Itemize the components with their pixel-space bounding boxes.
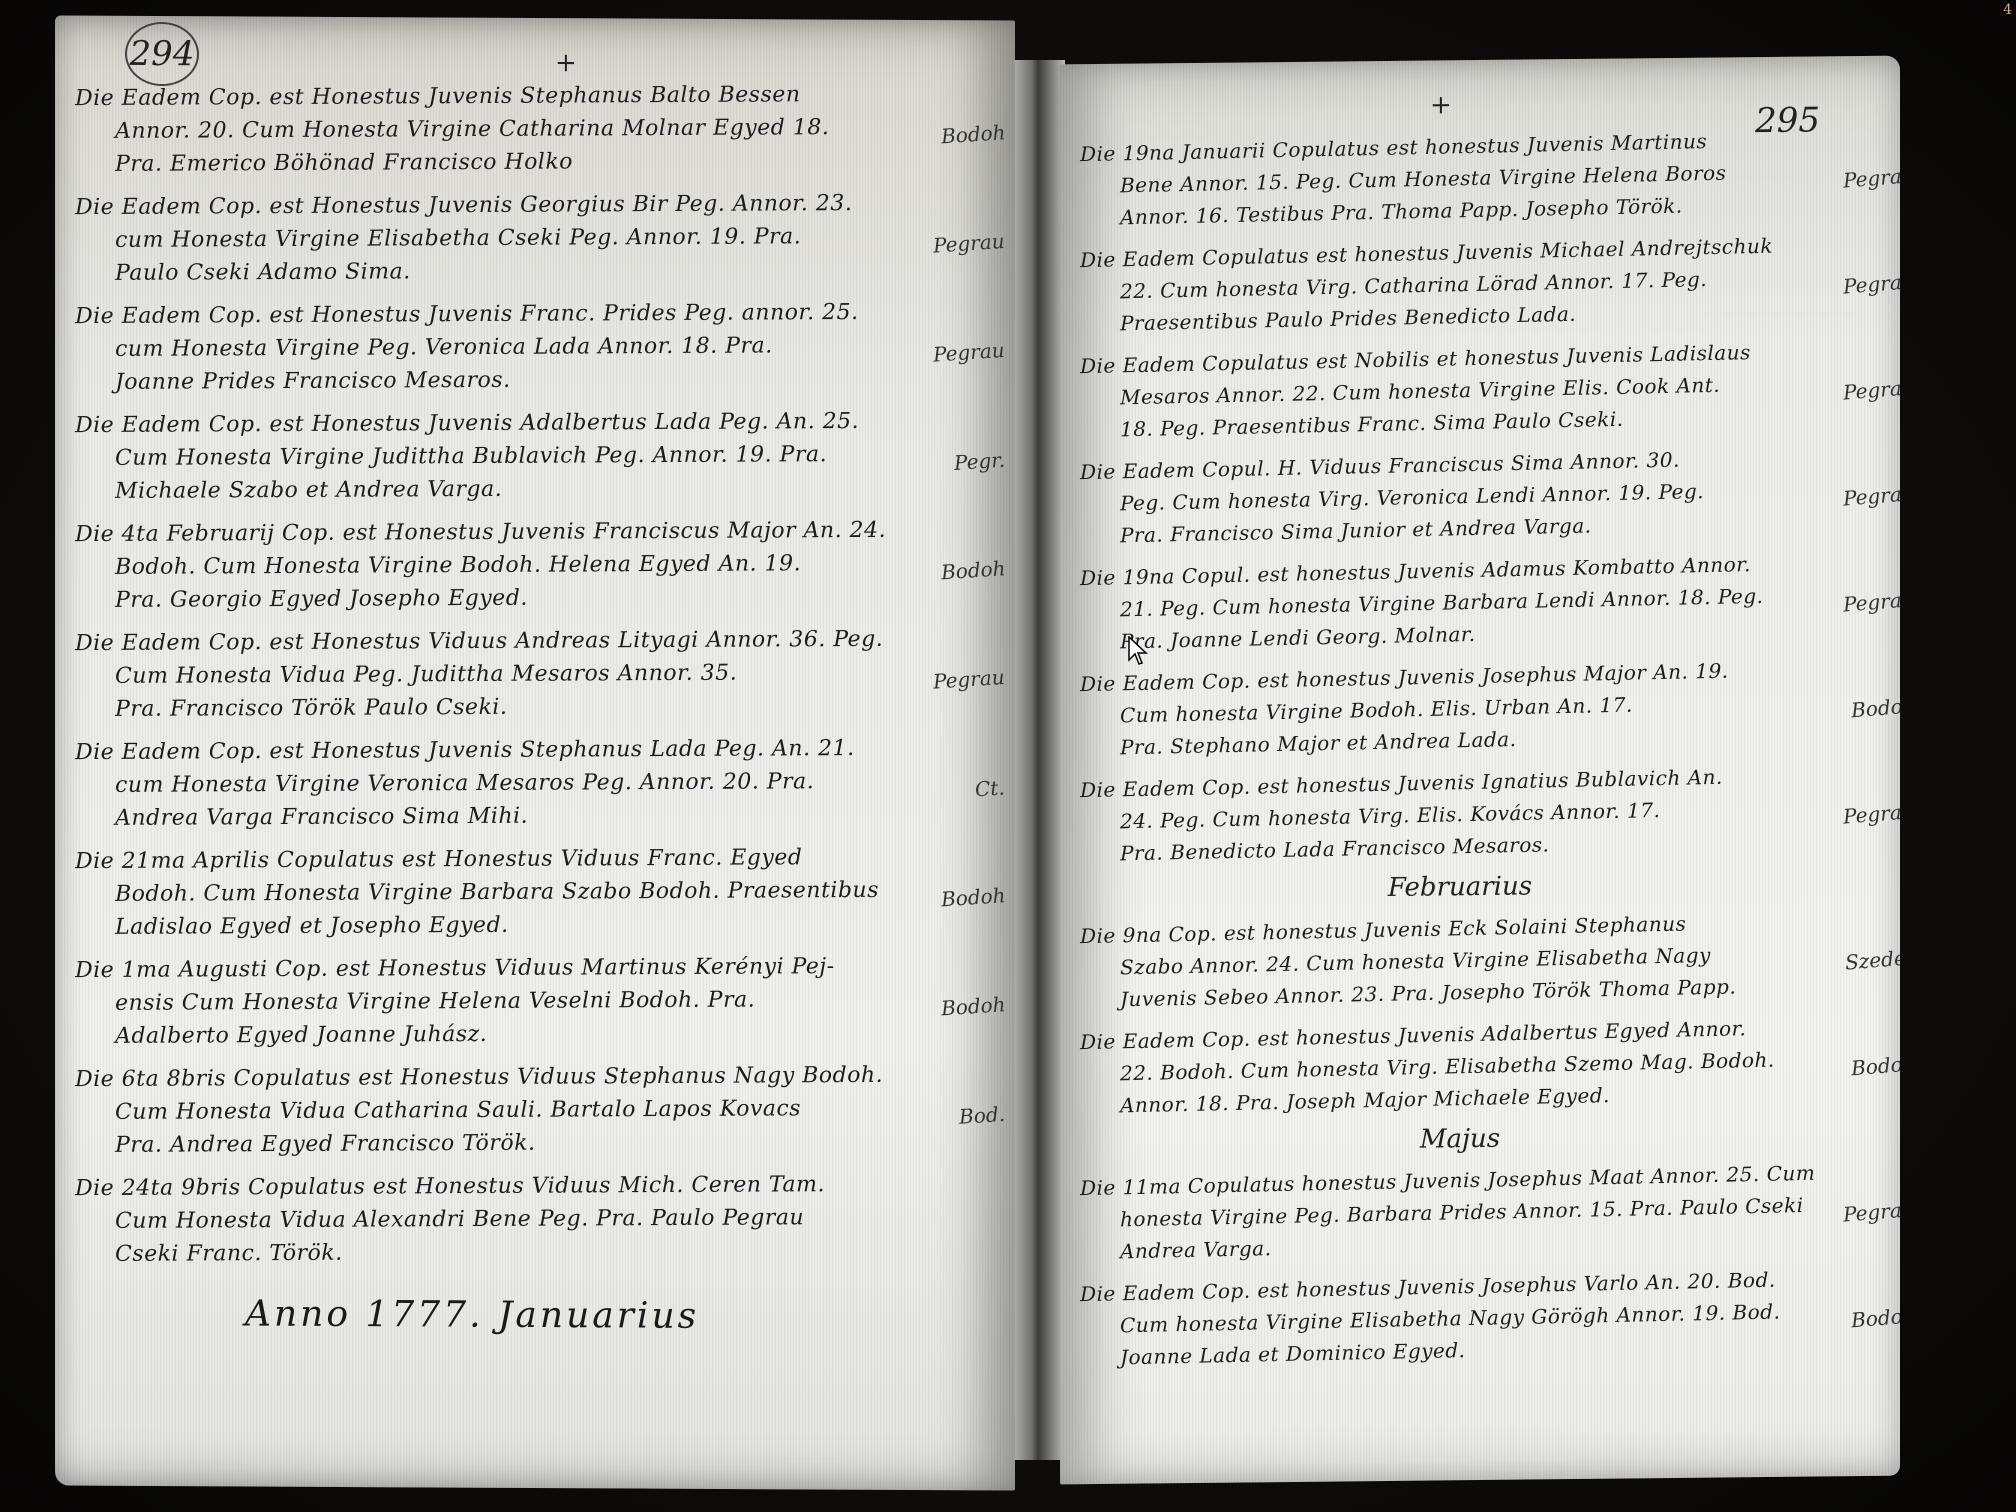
entry-line: Bodoh. Cum Honesta Virgine Bodoh. Helena… — [75, 547, 935, 585]
margin-village-note: Bod. — [958, 1102, 1005, 1129]
register-entry: Die 19na Copul. est honestus Juvenis Ada… — [1080, 550, 1840, 654]
register-entry: Die Eadem Cop. est honestus Juvenis Jose… — [1080, 1266, 1840, 1370]
margin-village-note: Pegrau — [1843, 481, 1900, 511]
entry-line: Bodoh. Cum Honesta Virgine Barbara Szabo… — [75, 874, 935, 912]
register-entry: Die 11ma Copulatus honestus Juvenis Jose… — [1080, 1160, 1840, 1264]
entry-line: Die Eadem Cop. est Honestus Viduus Andre… — [75, 623, 935, 661]
entry-line: Pra. Francisco Török Paulo Cseki. — [75, 689, 935, 727]
margin-village-note: Pegrau — [933, 338, 1006, 367]
register-page-right: 295 + Die 19na Januarii Copulatus est ho… — [1060, 56, 1900, 1485]
cross-mark-left: + — [555, 48, 577, 78]
register-entry: Die Eadem Cop. est Honestus Juvenis Step… — [75, 78, 935, 182]
entry-line: Die Eadem Cop. est Honestus Juvenis Adal… — [75, 405, 935, 443]
entry-line: Die Eadem Cop. est Honestus Juvenis Geor… — [75, 187, 935, 225]
margin-village-note: Szeder — [1844, 945, 1900, 975]
register-entry: Die Eadem Cop. est Honestus Juvenis Geor… — [75, 187, 935, 291]
entry-line: Pra. Andrea Egyed Francisco Török. — [75, 1125, 935, 1163]
entry-line: cum Honesta Virgine Veronica Mesaros Peg… — [75, 765, 935, 803]
margin-village-note: Pegrau — [933, 665, 1006, 694]
year-heading: Anno 1777. Januarius — [245, 1293, 935, 1338]
register-entry: Die Eadem Cop. est Honestus Juvenis Adal… — [75, 405, 935, 509]
entry-line: Andrea Varga Francisco Sima Mihi. — [75, 798, 935, 836]
margin-village-note: Bodoh — [1850, 693, 1900, 722]
register-entry: Die Eadem Cop. est Honestus Viduus Andre… — [75, 623, 935, 727]
margin-village-note: Pegrau — [1843, 163, 1900, 193]
entry-line: Cseki Franc. Török. — [75, 1234, 935, 1272]
entry-line: cum Honesta Virgine Peg. Veronica Lada A… — [75, 329, 935, 367]
register-entry: Die Eadem Copul. H. Viduus Franciscus Si… — [1080, 444, 1840, 548]
register-entry: Die 19na Januarii Copulatus est honestus… — [1080, 126, 1840, 230]
margin-village-note: Bodoh — [1850, 1051, 1900, 1080]
entry-line: Annor. 20. Cum Honesta Virgine Catharina… — [75, 111, 935, 149]
margin-village-note: Pegrau — [1843, 375, 1900, 405]
entry-line: Ladislao Egyed et Josepho Egyed. — [75, 907, 935, 945]
entry-line: Cum Honesta Vidua Alexandri Bene Peg. Pr… — [75, 1201, 935, 1239]
folio-number-left: 294 — [125, 22, 199, 86]
mouse-cursor-icon — [1128, 636, 1150, 668]
margin-village-note: Bodoh — [940, 120, 1006, 148]
entry-line: Die 24ta 9bris Copulatus est Honestus Vi… — [75, 1168, 935, 1206]
register-entry: Die Eadem Cop. est Honestus Juvenis Step… — [75, 732, 935, 836]
register-entry: Die Eadem Copulatus est Nobilis et hones… — [1080, 338, 1840, 442]
entry-line: Die 4ta Februarij Cop. est Honestus Juve… — [75, 514, 935, 552]
register-entry: Die Eadem Cop. est honestus Juvenis Jose… — [1080, 656, 1840, 760]
entry-line: Pra. Emerico Böhönad Francisco Holko — [75, 144, 935, 182]
register-entry: Die Eadem Copulatus est honestus Juvenis… — [1080, 232, 1840, 336]
entry-line: Pra. Georgio Egyed Josepho Egyed. — [75, 580, 935, 618]
entry-line: Paulo Cseki Adamo Sima. — [75, 253, 935, 291]
cross-mark-right: + — [1430, 90, 1452, 120]
month-heading-februarius: Februarius — [1080, 868, 1840, 906]
corner-glyph: 4 — [2003, 2, 2012, 18]
register-entry: Die 4ta Februarij Cop. est Honestus Juve… — [75, 514, 935, 618]
entry-line: Die 1ma Augusti Cop. est Honestus Viduus… — [75, 950, 935, 988]
entry-line: cum Honesta Virgine Elisabetha Cseki Peg… — [75, 220, 935, 258]
register-entry: Die Eadem Cop. est honestus Juvenis Adal… — [1080, 1014, 1840, 1118]
entry-line: Die 6ta 8bris Copulatus est Honestus Vid… — [75, 1059, 935, 1097]
entry-line: Cum Honesta Vidua Peg. Judittha Mesaros … — [75, 656, 935, 694]
register-entry: Die 9na Cop. est honestus Juvenis Eck So… — [1080, 908, 1840, 1012]
margin-village-note: Pegrau — [1843, 587, 1900, 617]
entries-list-right: Die 19na Januarii Copulatus est honestus… — [1080, 126, 1840, 1380]
margin-village-note: Bodoh — [940, 883, 1006, 911]
margin-village-note: Pegrau — [933, 229, 1006, 258]
margin-village-note: Bodoh — [940, 992, 1006, 1020]
entry-line: ensis Cum Honesta Virgine Helena Veselni… — [75, 983, 935, 1021]
entry-line: Die Eadem Cop. est Honestus Juvenis Step… — [75, 78, 935, 116]
entry-line: Die Eadem Cop. est Honestus Juvenis Step… — [75, 732, 935, 770]
register-entry: Die Eadem Cop. est Honestus Juvenis Fran… — [75, 296, 935, 400]
entry-line: Michaele Szabo et Andrea Varga. — [75, 471, 935, 509]
entry-line: Die 21ma Aprilis Copulatus est Honestus … — [75, 841, 935, 879]
entry-line: Cum Honesta Virgine Judittha Bublavich P… — [75, 438, 935, 476]
register-entry: Die 24ta 9bris Copulatus est Honestus Vi… — [75, 1168, 935, 1272]
register-entry: Die 6ta 8bris Copulatus est Honestus Vid… — [75, 1059, 935, 1163]
margin-village-note: Bodoh — [1850, 1303, 1900, 1332]
margin-village-note: Pegrau — [1843, 269, 1900, 299]
register-entry: Die Eadem Cop. est honestus Juvenis Igna… — [1080, 762, 1840, 866]
register-page-left: 294 + Die Eadem Cop. est Honestus Juveni… — [55, 15, 1015, 1490]
entry-line: Cum Honesta Vidua Catharina Sauli. Barta… — [75, 1092, 935, 1130]
register-entry: Die 1ma Augusti Cop. est Honestus Viduus… — [75, 950, 935, 1054]
margin-village-note: Ct. — [974, 775, 1005, 801]
entries-list-left: Die Eadem Cop. est Honestus Juvenis Step… — [75, 78, 935, 1339]
margin-village-note: Pegrau — [1843, 1197, 1900, 1227]
margin-village-note: Pegr. — [953, 448, 1005, 475]
month-heading-majus: Majus — [1080, 1120, 1840, 1158]
margin-village-note: Bodoh — [940, 556, 1006, 584]
margin-village-note: Pegrau — [1843, 799, 1900, 829]
entry-line: Adalberto Egyed Joanne Juhász. — [75, 1016, 935, 1054]
entry-line: Joanne Prides Francisco Mesaros. — [75, 362, 935, 400]
register-entry: Die 21ma Aprilis Copulatus est Honestus … — [75, 841, 935, 945]
entry-line: Die Eadem Cop. est Honestus Juvenis Fran… — [75, 296, 935, 334]
